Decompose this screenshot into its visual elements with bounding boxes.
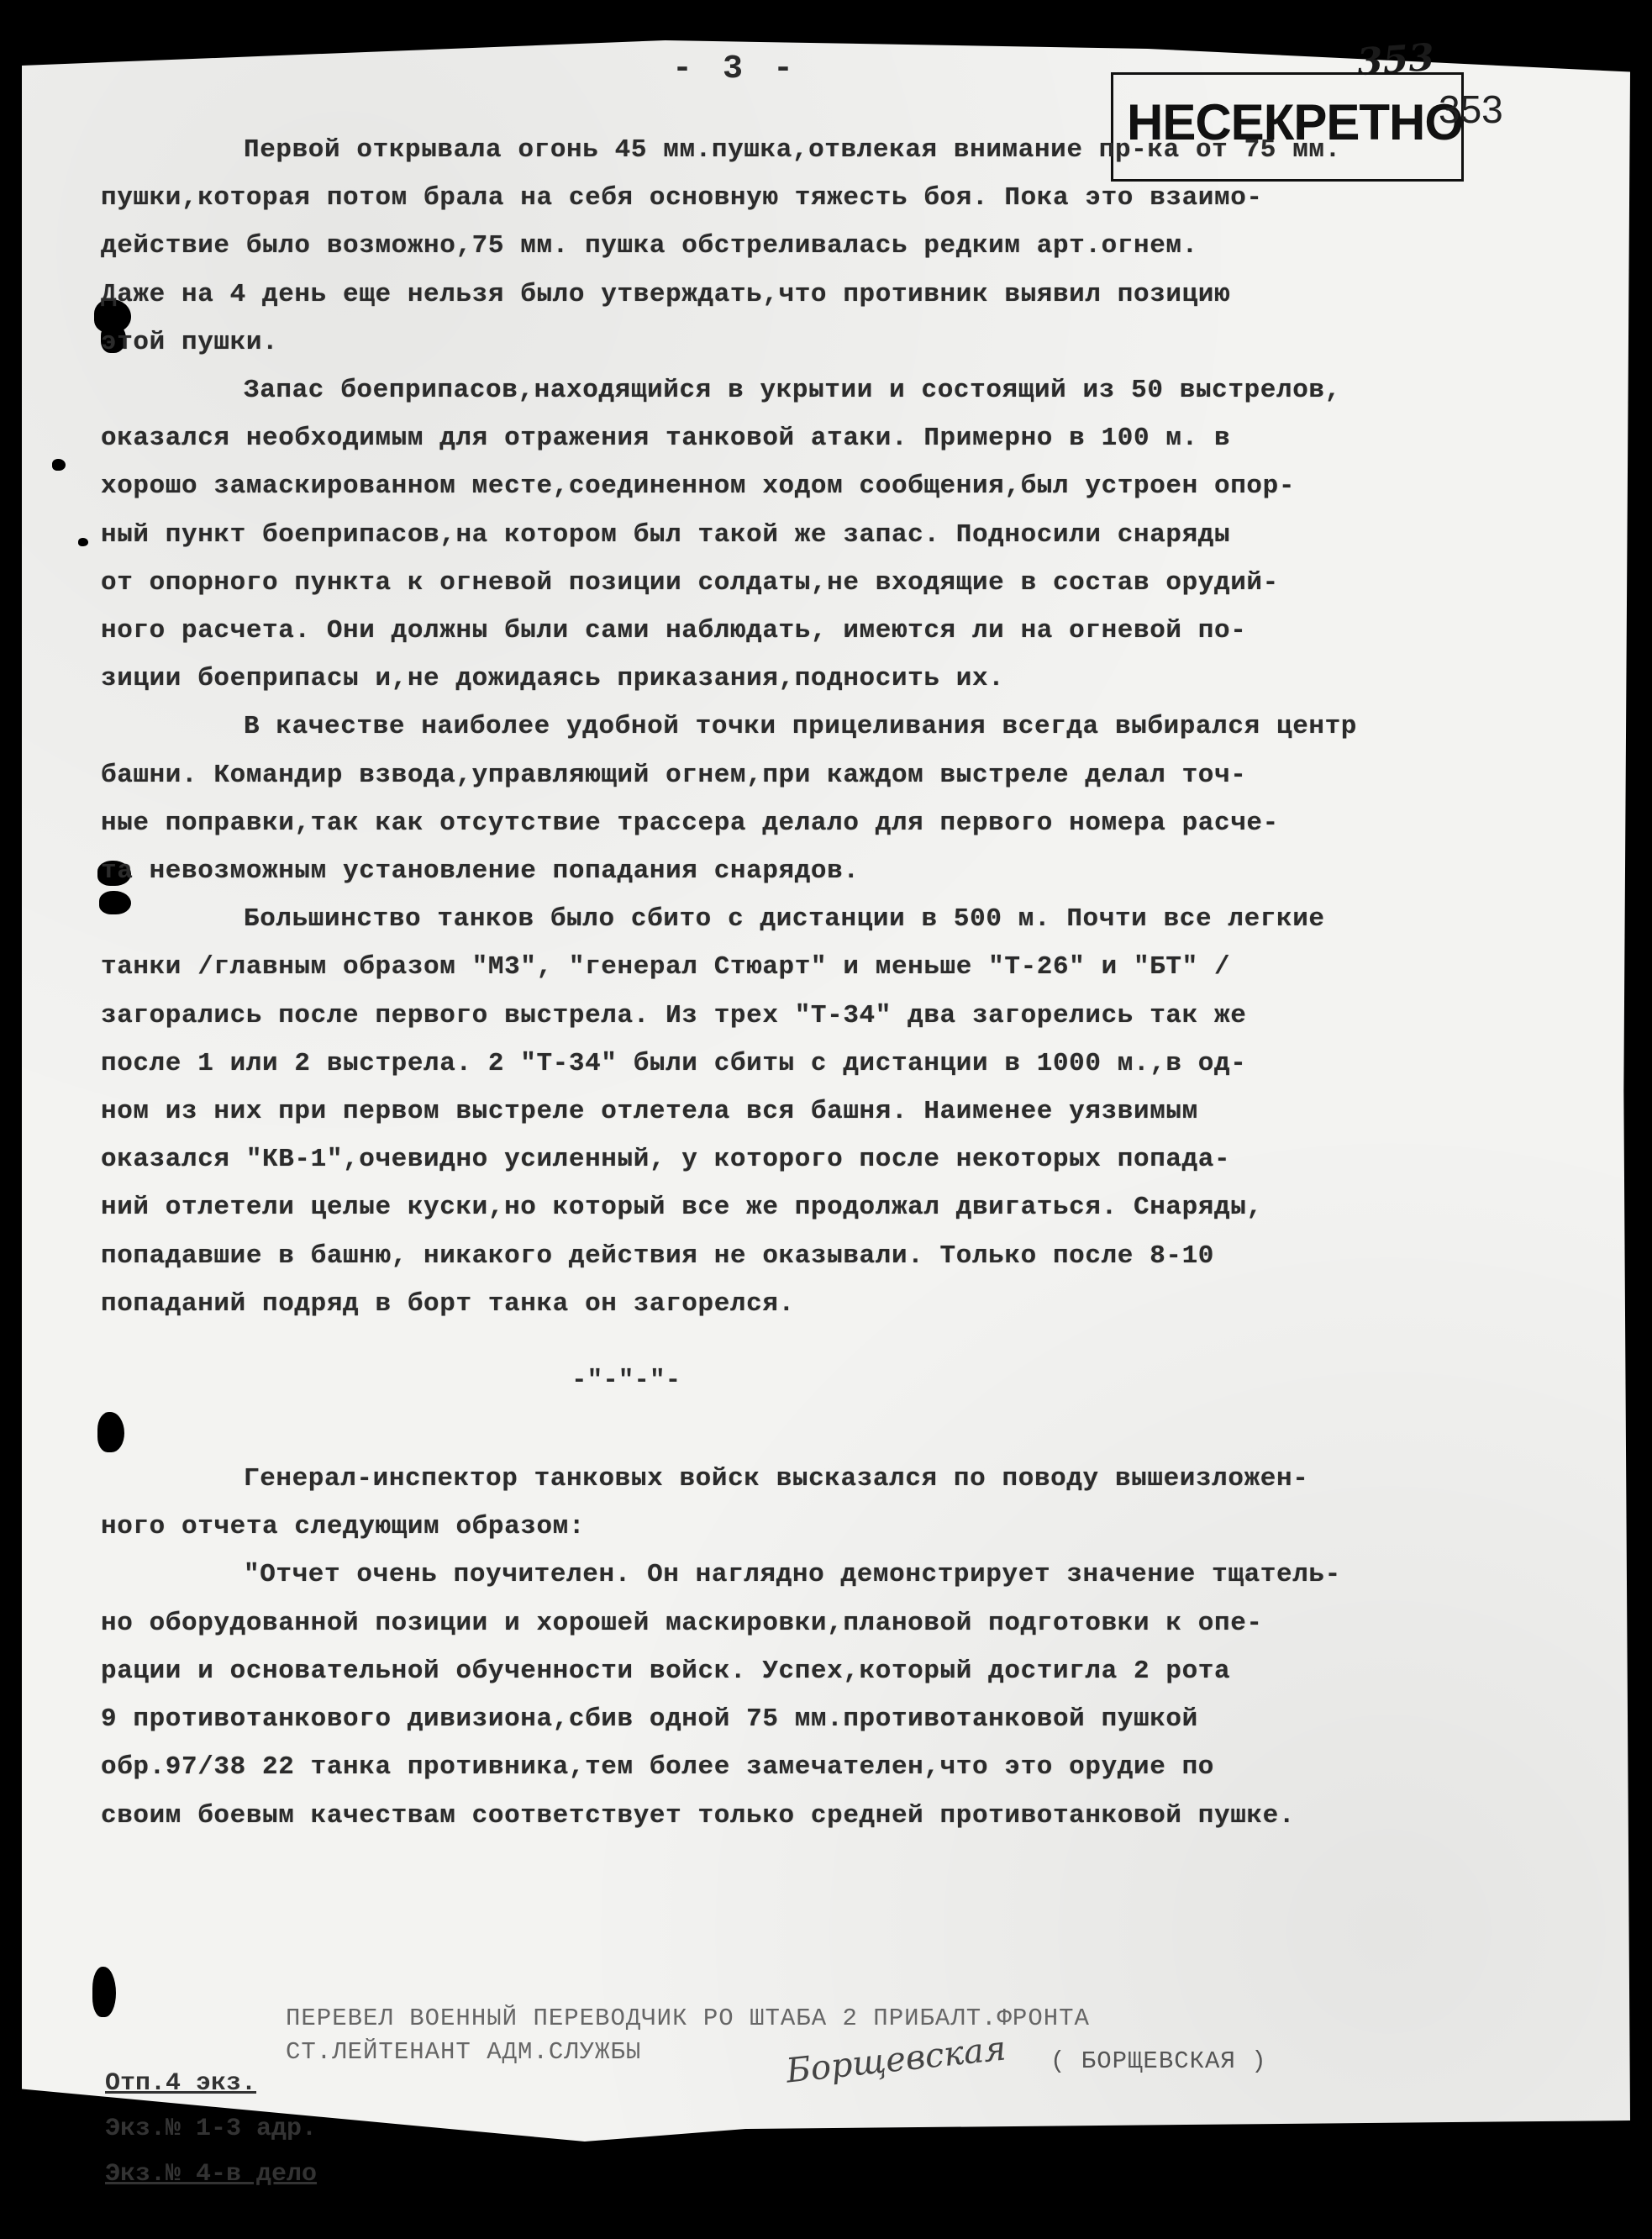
copy-file: Экз.№ 4-в дело xyxy=(105,2152,317,2197)
text-line: В качестве наиболее удобной точки прицел… xyxy=(101,703,1613,751)
text-line: 9 противотанкового дивизиона,сбив одной … xyxy=(101,1695,1613,1743)
translator-title: ПЕРЕВЕЛ ВОЕННЫЙ ПЕРЕВОДЧИК РО ШТАБА 2 ПР… xyxy=(286,2002,1090,2036)
text-line: оказался "КВ-1",очевидно усиленный, у ко… xyxy=(101,1135,1613,1183)
text-line: "Отчет очень поучителен. Он наглядно дем… xyxy=(101,1551,1613,1599)
text-line: после 1 или 2 выстрела. 2 "Т-34" были сб… xyxy=(101,1040,1613,1088)
page-number: - 3 - xyxy=(672,50,798,88)
text-line: ный пункт боеприпасов,на котором был так… xyxy=(101,511,1613,559)
text-line: ные поправки,так как отсутствие трассера… xyxy=(101,799,1613,847)
paragraph: Большинство танков было сбито с дистанци… xyxy=(101,895,1613,1328)
text-line: Генерал-инспектор танковых войск высказа… xyxy=(101,1455,1613,1503)
document-body: Первой открывала огонь 45 мм.пушка,отвле… xyxy=(101,126,1613,1840)
text-line: оказался необходимым для отражения танко… xyxy=(101,414,1613,462)
paragraph: Запас боеприпасов,находящийся в укрытии … xyxy=(101,366,1613,703)
text-line: хорошо замаскированном месте,соединенном… xyxy=(101,462,1613,510)
text-line: ного расчета. Они должны были сами наблю… xyxy=(101,607,1613,655)
text-line: загорались после первого выстрела. Из тр… xyxy=(101,992,1613,1040)
text-line: зиции боеприпасы и,не дожидаясь приказан… xyxy=(101,655,1613,703)
text-line: рации и основательной обученности войск.… xyxy=(101,1647,1613,1695)
punch-hole xyxy=(92,1967,116,2017)
text-line: башни. Командир взвода,управляющий огнем… xyxy=(101,751,1613,799)
text-line: обр.97/38 22 танка противника,тем более … xyxy=(101,1743,1613,1791)
text-line: ний отлетели целые куски,но который все … xyxy=(101,1183,1613,1231)
text-line: танки /главным образом "М3", "генерал Ст… xyxy=(101,943,1613,991)
paragraph: Генерал-инспектор танковых войск высказа… xyxy=(101,1455,1613,1551)
distribution-list: Отп.4 экз. Экз.№ 1-3 адр. Экз.№ 4-в дело xyxy=(105,2061,317,2197)
text-line: от опорного пункта к огневой позиции сол… xyxy=(101,559,1613,607)
text-line: Запас боеприпасов,находящийся в укрытии … xyxy=(101,366,1613,414)
text-line: этой пушки. xyxy=(101,319,1613,366)
text-line: ном из них при первом выстреле отлетела … xyxy=(101,1088,1613,1135)
punch-hole xyxy=(52,459,66,471)
text-line: Даже на 4 день еще нельзя было утверждат… xyxy=(101,271,1613,319)
copies-count: Отп.4 экз. xyxy=(105,2061,317,2106)
paragraph: Первой открывала огонь 45 мм.пушка,отвле… xyxy=(101,126,1613,366)
text-line: действие было возможно,75 мм. пушка обст… xyxy=(101,222,1613,270)
text-line: пушки,которая потом брала на себя основн… xyxy=(101,174,1613,222)
text-line: Большинство танков было сбито с дистанци… xyxy=(101,895,1613,943)
text-line: но оборудованной позиции и хорошей маски… xyxy=(101,1599,1613,1647)
paragraph: "Отчет очень поучителен. Он наглядно дем… xyxy=(101,1551,1613,1839)
copy-recipients: Экз.№ 1-3 адр. xyxy=(105,2106,317,2152)
text-line: своим боевым качествам соответствует тол… xyxy=(101,1792,1613,1840)
paragraph: В качестве наиболее удобной точки прицел… xyxy=(101,703,1613,895)
punch-hole xyxy=(78,538,88,546)
text-line: попаданий подряд в борт танка он загорел… xyxy=(101,1280,1613,1328)
text-line: та невозможным установление попадания сн… xyxy=(101,847,1613,895)
stamped-page-number: 353 xyxy=(1439,87,1503,132)
signer-name: ( БОРЩЕВСКАЯ ) xyxy=(1050,2047,1267,2075)
section-separator: -"-"-"- xyxy=(101,1357,1613,1404)
text-line: ного отчета следующим образом: xyxy=(101,1503,1613,1551)
text-line: Первой открывала огонь 45 мм.пушка,отвле… xyxy=(101,126,1613,174)
text-line: попадавшие в башню, никакого действия не… xyxy=(101,1232,1613,1280)
